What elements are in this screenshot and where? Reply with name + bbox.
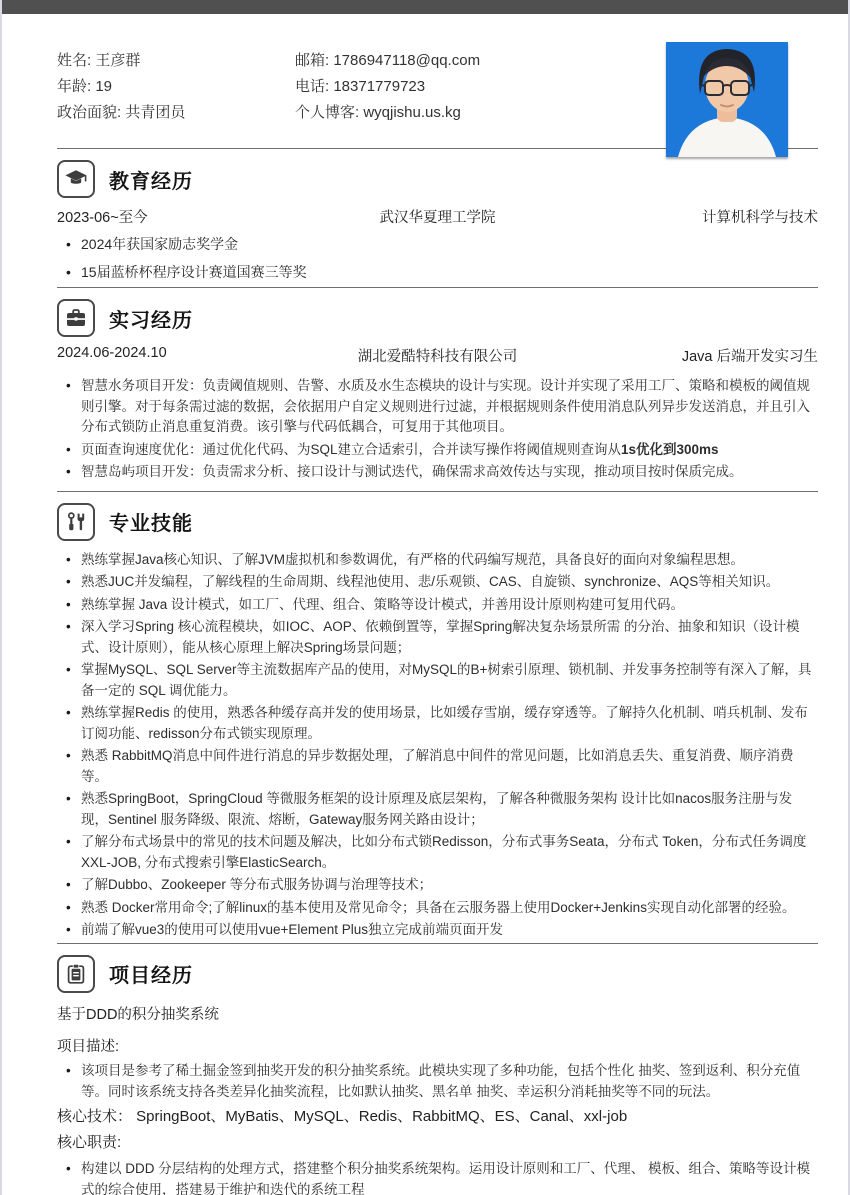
resume-page: 姓名: 王彦群 年龄: 19 政治面貌: 共青团员 邮箱: 1786947118… <box>0 0 850 1195</box>
project-section-header: 项目经历 <box>57 954 818 994</box>
education-bullets: 2024年获国家励志奖学金 15届蓝桥杯程序设计赛道国赛三等奖 <box>57 231 818 285</box>
project-name: 基于DDD的积分抽奖系统 <box>57 1003 818 1024</box>
skills-section-header: 专业技能 <box>57 502 818 542</box>
list-item: 页面查询速度优化：通过优化代码、为SQL建立合适索引，合并读写操作将阈值规则查询… <box>81 440 818 461</box>
list-item: 熟悉SpringBoot，SpringCloud 等微服务框架的设计原理及底层架… <box>81 789 818 830</box>
profile-header: 姓名: 王彦群 年龄: 19 政治面貌: 共青团员 邮箱: 1786947118… <box>57 48 818 148</box>
list-item: 2024年获国家励志奖学金 <box>81 231 818 257</box>
education-row: 2023-06~至今 武汉华夏理工学院 计算机科学与技术 <box>57 206 818 227</box>
internship-company: 湖北爱酷特科技有限公司 <box>311 345 565 366</box>
tools-icon <box>57 503 95 541</box>
skills-bullets: 熟练掌握Java核心知识、了解JVM虚拟机和参数调优，有严格的代码编写规范，具备… <box>57 550 818 941</box>
list-item: 了解分布式场景中的常见的技术问题及解决，比如分布式锁Redisson，分布式事务… <box>81 832 818 873</box>
section-divider <box>57 287 818 288</box>
list-item: 熟练掌握 Java 设计模式，如工厂、代理、组合、策略等设计模式，并善用设计原则… <box>81 595 818 616</box>
project-tech-line: 核心技术： SpringBoot、MyBatis、MySQL、Redis、Rab… <box>57 1105 818 1128</box>
section-divider <box>57 943 818 944</box>
project-section-title: 项目经历 <box>109 959 193 988</box>
graduation-cap-icon <box>57 160 95 198</box>
list-item: 了解Dubbo、Zookeeper 等分布式服务协调与治理等技术； <box>81 875 818 896</box>
list-item: 熟悉 RabbitMQ消息中间件进行消息的异步数据处理，了解消息中间件的常见问题… <box>81 746 818 787</box>
internship-period: 2024.06-2024.10 <box>57 345 311 366</box>
id-photo <box>666 42 788 157</box>
list-item: 熟练掌握Java核心知识、了解JVM虚拟机和参数调优，有严格的代码编写规范，具备… <box>81 550 818 571</box>
profile-name: 姓名: 王彦群 <box>57 48 295 74</box>
list-item: 深入学习Spring 核心流程模块，如IOC、AOP、依赖倒置等，掌握Sprin… <box>81 617 818 658</box>
list-item: 15届蓝桥杯程序设计赛道国赛三等奖 <box>81 259 818 285</box>
list-item: 熟悉 Docker常用命令;了解linux的基本使用及常见命令；具备在云服务器上… <box>81 898 818 919</box>
list-item: 掌握MySQL、SQL Server等主流数据库产品的使用，对MySQL的B+树… <box>81 660 818 701</box>
education-period: 2023-06~至今 <box>57 206 311 227</box>
project-duty-bullets: 构建以 DDD 分层结构的处理方式，搭建整个积分抽奖系统架构。运用设计原则和工厂… <box>57 1158 818 1195</box>
internship-role: Java 后端开发实习生 <box>564 345 818 366</box>
education-school: 武汉华夏理工学院 <box>311 206 565 227</box>
list-item: 前端了解vue3的使用可以使用vue+Element Plus独立完成前端页面开… <box>81 920 818 941</box>
skills-section-title: 专业技能 <box>109 507 193 536</box>
education-section-title: 教育经历 <box>109 165 193 194</box>
clipboard-icon <box>57 955 95 993</box>
project-desc-label: 项目描述: <box>57 1035 818 1056</box>
list-item: 熟练掌握Redis 的使用，熟悉各种缓存高并发的使用场景，比如缓存雪崩，缓存穿透… <box>81 703 818 744</box>
list-item: 智慧岛屿项目开发：负责需求分析、接口设计与测试迭代，确保需求高效传达与实现，推动… <box>81 462 818 483</box>
list-item: 构建以 DDD 分层结构的处理方式，搭建整个积分抽奖系统架构。运用设计原则和工厂… <box>81 1158 818 1195</box>
id-photo-illustration <box>666 42 788 157</box>
list-item: 智慧水务项目开发：负责阈值规则、告警、水质及水生态模块的设计与实现。设计并实现了… <box>81 376 818 438</box>
education-section-header: 教育经历 <box>57 159 818 199</box>
internship-section-header: 实习经历 <box>57 298 818 338</box>
internship-row: 2024.06-2024.10 湖北爱酷特科技有限公司 Java 后端开发实习生 <box>57 345 818 366</box>
list-item: 熟悉JUC并发编程，了解线程的生命周期、线程池使用、悲/乐观锁、CAS、自旋锁、… <box>81 572 818 593</box>
education-major: 计算机科学与技术 <box>564 206 818 227</box>
internship-section-title: 实习经历 <box>109 304 193 333</box>
highlight-metric: 1s优化到300ms <box>621 442 719 457</box>
list-item: 该项目是参考了稀土掘金签到抽奖开发的积分抽奖系统。此模块实现了多种功能，包括个性… <box>81 1060 818 1102</box>
project-duty-label: 核心职责: <box>57 1131 818 1154</box>
project-desc-bullets: 该项目是参考了稀土掘金签到抽奖开发的积分抽奖系统。此模块实现了多种功能，包括个性… <box>57 1060 818 1102</box>
internship-bullets: 智慧水务项目开发：负责阈值规则、告警、水质及水生态模块的设计与实现。设计并实现了… <box>57 376 818 483</box>
section-divider <box>57 491 818 492</box>
briefcase-icon <box>57 299 95 337</box>
profile-politics: 政治面貌: 共青团员 <box>57 100 295 126</box>
profile-age: 年龄: 19 <box>57 74 295 100</box>
viewer-top-bar <box>0 0 850 14</box>
